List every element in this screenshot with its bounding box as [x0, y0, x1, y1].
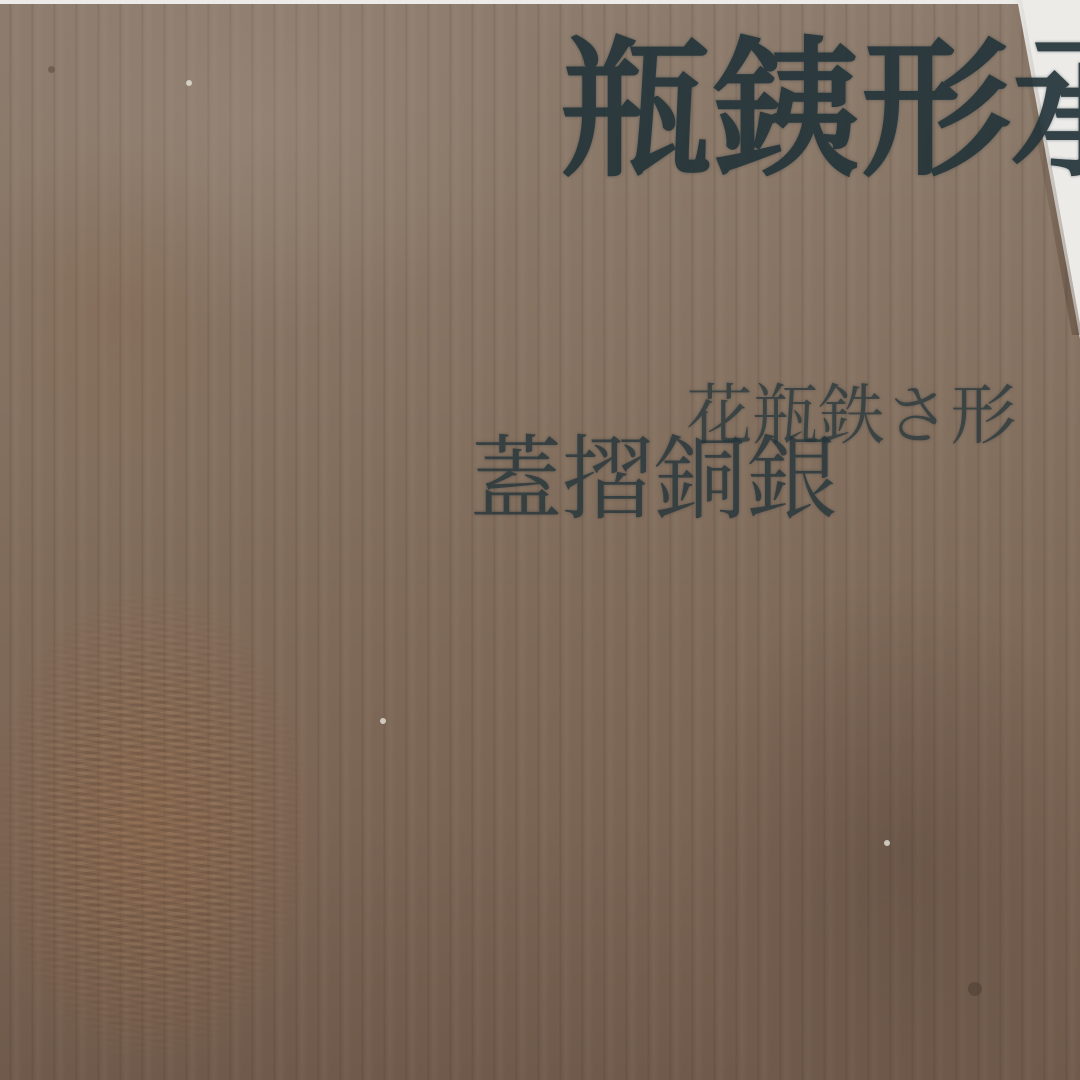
inscription-char: さ — [878, 380, 944, 480]
inscription-char: 銕 — [698, 30, 848, 196]
inscription-char: 形 — [848, 30, 998, 196]
inscription-left-column: 銀 銅 摺 蓋 — [462, 430, 830, 550]
inscription-char: 瓶 — [548, 30, 698, 196]
wood-knot — [968, 982, 982, 996]
inscription-char: 銀 — [738, 430, 830, 550]
inscription-char: 摺 — [554, 430, 646, 550]
wood-speck — [380, 718, 386, 724]
inscription-title-column: 手 承 形 銕 瓶 — [548, 30, 1080, 196]
wood-grain-figure — [0, 524, 360, 1080]
inscription-char: 形 — [944, 380, 1010, 480]
inscription-char: 銅 — [646, 430, 738, 550]
wood-speck — [884, 840, 890, 846]
wood-nail-hole — [48, 66, 55, 73]
inscription-char: 蓋 — [462, 430, 554, 550]
wood-speck — [186, 80, 192, 86]
